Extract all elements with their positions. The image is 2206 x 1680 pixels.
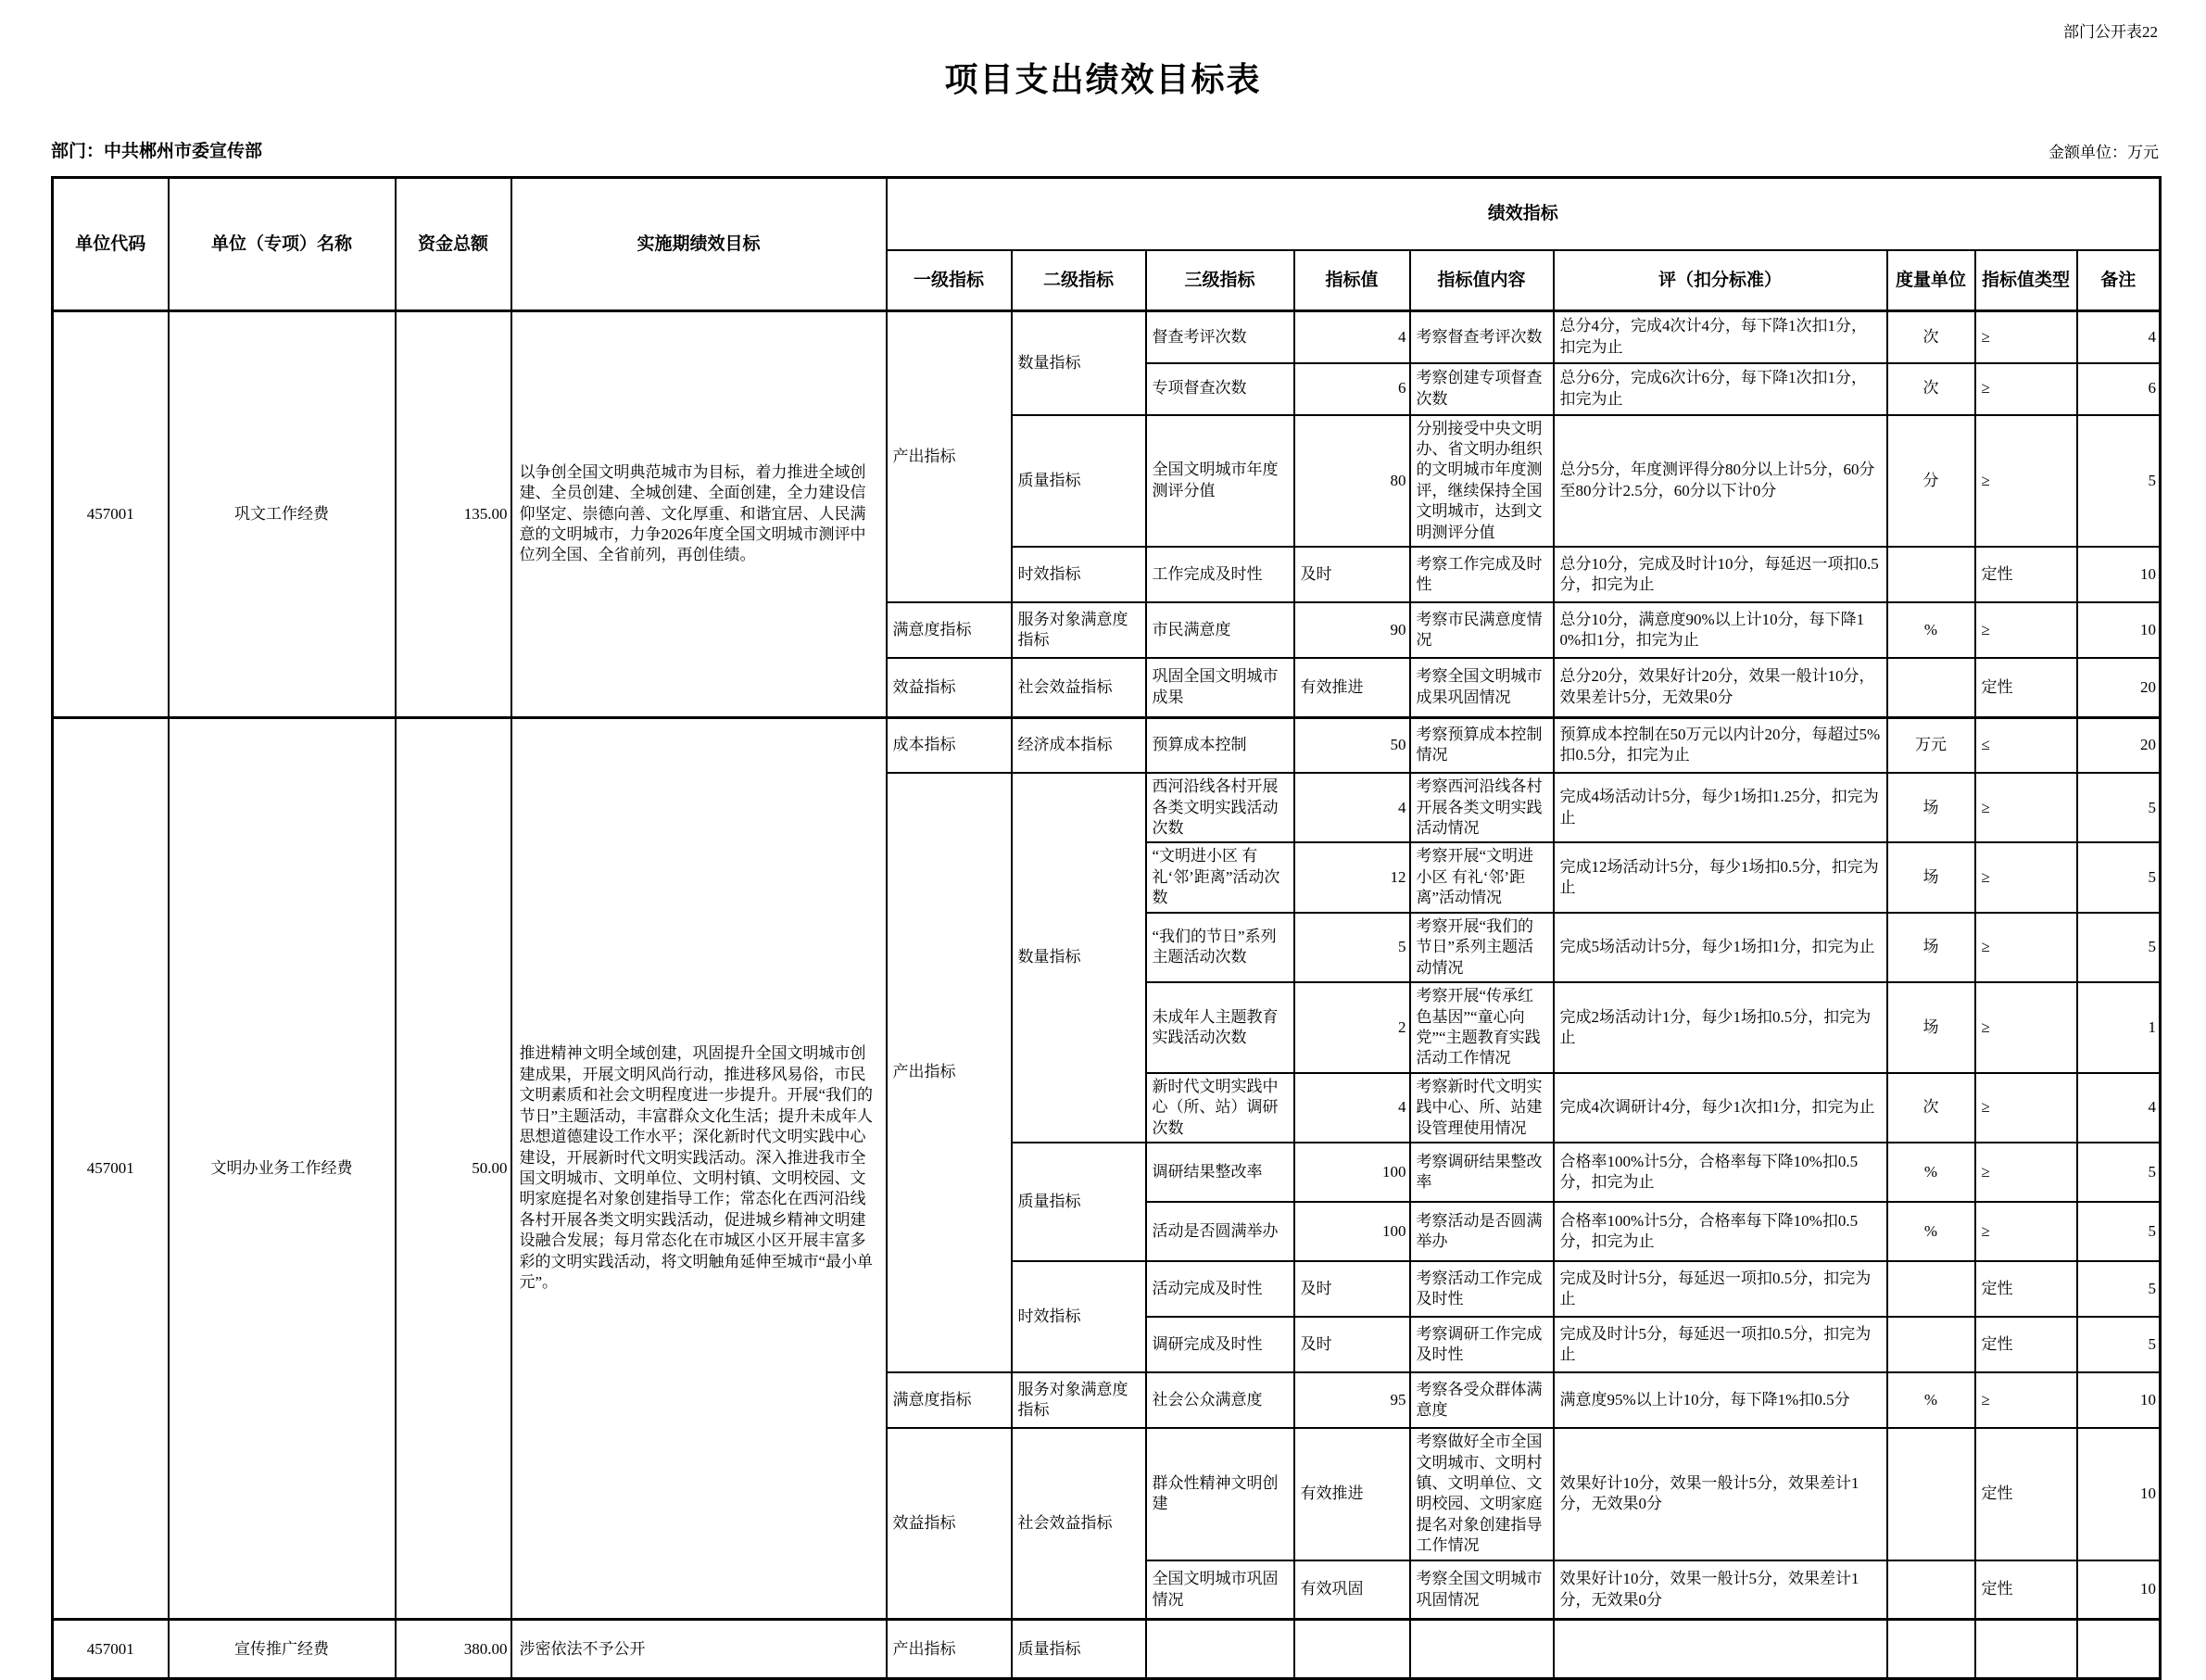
value-cell: 4 <box>1294 773 1410 842</box>
value-cell: 有效推进 <box>1294 658 1410 717</box>
project-name-cell: 文明办业务工作经费 <box>169 717 396 1620</box>
content-cell: 考察创建专项督查次数 <box>1410 363 1554 415</box>
l2-cell: 时效指标 <box>1012 547 1146 602</box>
amount-cell: 135.00 <box>396 311 511 718</box>
meta-row: 部门：中共郴州市委宣传部 金额单位：万元 <box>51 137 2159 161</box>
remark-cell <box>2077 1620 2161 1679</box>
unit-code-cell: 457001 <box>53 1620 169 1679</box>
l2-cell: 服务对象满意度指标 <box>1012 602 1146 658</box>
value-cell: 及时 <box>1294 1317 1410 1372</box>
type-cell: ≥ <box>1975 1073 2077 1143</box>
l2-cell: 质量指标 <box>1012 1620 1146 1679</box>
content-cell <box>1410 1620 1554 1679</box>
score-cell: 总分10分，满意度90%以上计10分，每下降10%扣1分，扣完为止 <box>1554 602 1887 658</box>
remark-cell: 20 <box>2077 717 2161 773</box>
remark-cell: 5 <box>2077 842 2161 912</box>
content-cell: 考察开展“我们的节日”系列主题活动情况 <box>1410 913 1554 982</box>
content-cell: 考察开展“传承红色基因”“童心向党”“主题教育实践活动工作情况 <box>1410 982 1554 1073</box>
remark-cell: 4 <box>2077 311 2161 363</box>
type-cell: 定性 <box>1975 658 2077 717</box>
unit-cell <box>1887 1317 1975 1372</box>
remark-cell: 5 <box>2077 1202 2161 1261</box>
unit-cell: 次 <box>1887 1073 1975 1143</box>
remark-cell: 6 <box>2077 363 2161 415</box>
content-cell: 考察活动是否圆满举办 <box>1410 1202 1554 1261</box>
document-page: 部门公开表22 项目支出绩效目标表 部门：中共郴州市委宣传部 金额单位：万元 单… <box>0 0 2206 1560</box>
remark-cell: 5 <box>2077 1261 2161 1317</box>
type-cell: ≥ <box>1975 773 2077 842</box>
remark-cell: 10 <box>2077 1560 2161 1620</box>
l2-cell: 社会效益指标 <box>1012 658 1146 717</box>
unit-code-cell: 457001 <box>53 311 169 718</box>
value-cell: 6 <box>1294 363 1410 415</box>
unit-cell: 场 <box>1887 982 1975 1073</box>
value-cell: 95 <box>1294 1372 1410 1428</box>
score-cell: 完成及时计5分，每延迟一项扣0.5分，扣完为止 <box>1554 1261 1887 1317</box>
amount-cell: 380.00 <box>396 1620 511 1679</box>
unit-cell <box>1887 1261 1975 1317</box>
l3-cell: 西河沿线各村开展各类文明实践活动次数 <box>1146 773 1294 842</box>
l2-cell: 经济成本指标 <box>1012 717 1146 773</box>
header-value-type: 指标值类型 <box>1975 250 2077 311</box>
content-cell: 考察调研工作完成及时性 <box>1410 1317 1554 1372</box>
content-cell: 考察全国文明城市成果巩固情况 <box>1410 658 1554 717</box>
value-cell: 90 <box>1294 602 1410 658</box>
unit-cell: 分 <box>1887 415 1975 548</box>
content-cell: 考察活动工作完成及时性 <box>1410 1261 1554 1317</box>
type-cell: ≥ <box>1975 311 2077 363</box>
content-cell: 考察各受众群体满意度 <box>1410 1372 1554 1428</box>
score-cell: 总分6分，完成6次计6分，每下降1次扣1分，扣完为止 <box>1554 363 1887 415</box>
type-cell: ≥ <box>1975 602 2077 658</box>
project-name-cell: 巩文工作经费 <box>169 311 396 718</box>
l1-cell: 效益指标 <box>887 658 1012 717</box>
amount-cell: 50.00 <box>396 717 511 1620</box>
score-cell: 总分4分，完成4次计4分，每下降1次扣1分，扣完为止 <box>1554 311 1887 363</box>
l1-cell: 成本指标 <box>887 717 1012 773</box>
content-cell: 考察做好全市全国文明城市、文明村镇、文明单位、文明校园、文明家庭提名对象创建指导… <box>1410 1428 1554 1560</box>
type-cell: 定性 <box>1975 1560 2077 1620</box>
header-total-fund: 资金总额 <box>396 178 511 311</box>
corner-note: 部门公开表22 <box>2063 19 2158 42</box>
header-scoring: 评（扣分标准） <box>1554 250 1887 311</box>
content-cell: 考察全国文明城市巩固情况 <box>1410 1560 1554 1620</box>
unit-cell <box>1887 1428 1975 1560</box>
unit-cell <box>1887 547 1975 602</box>
unit-cell: 场 <box>1887 773 1975 842</box>
l3-cell: 活动是否圆满举办 <box>1146 1202 1294 1261</box>
l3-cell: 新时代文明实践中心（所、站）调研次数 <box>1146 1073 1294 1143</box>
type-cell: ≥ <box>1975 982 2077 1073</box>
value-cell: 80 <box>1294 415 1410 548</box>
unit-cell <box>1887 1620 1975 1679</box>
type-cell: 定性 <box>1975 547 2077 602</box>
value-cell: 有效推进 <box>1294 1428 1410 1560</box>
l3-cell: 社会公众满意度 <box>1146 1372 1294 1428</box>
value-cell: 4 <box>1294 311 1410 363</box>
score-cell: 完成及时计5分，每延迟一项扣0.5分，扣完为止 <box>1554 1317 1887 1372</box>
content-cell: 考察预算成本控制情况 <box>1410 717 1554 773</box>
remark-cell: 1 <box>2077 982 2161 1073</box>
header-value: 指标值 <box>1294 250 1410 311</box>
type-cell: ≥ <box>1975 415 2077 548</box>
unit-cell: % <box>1887 1202 1975 1261</box>
goal-cell: 推进精神文明全域创建，巩固提升全国文明城市创建成果，开展文明风尚行动，推进移风易… <box>511 717 887 1620</box>
value-cell: 4 <box>1294 1073 1410 1143</box>
header-period-goal: 实施期绩效目标 <box>511 178 887 311</box>
l2-cell: 服务对象满意度指标 <box>1012 1372 1146 1428</box>
l2-cell: 数量指标 <box>1012 773 1146 1143</box>
type-cell <box>1975 1620 2077 1679</box>
score-cell: 总分10分，完成及时计10分，每延迟一项扣0.5分，扣完为止 <box>1554 547 1887 602</box>
score-cell: 完成2场活动计1分，每少1场扣0.5分，扣完为止 <box>1554 982 1887 1073</box>
score-cell: 效果好计10分，效果一般计5分，效果差计1分，无效果0分 <box>1554 1428 1887 1560</box>
header-level1: 一级指标 <box>887 250 1012 311</box>
content-cell: 考察开展“文明进小区 有礼‘邻’距离”活动情况 <box>1410 842 1554 912</box>
value-cell: 5 <box>1294 913 1410 982</box>
type-cell: ≥ <box>1975 913 2077 982</box>
unit-cell: 场 <box>1887 842 1975 912</box>
remark-cell: 10 <box>2077 1428 2161 1560</box>
content-cell: 考察西河沿线各村开展各类文明实践活动情况 <box>1410 773 1554 842</box>
l3-cell: 调研结果整改率 <box>1146 1143 1294 1202</box>
l2-cell: 数量指标 <box>1012 311 1146 415</box>
remark-cell: 5 <box>2077 913 2161 982</box>
unit-cell <box>1887 658 1975 717</box>
header-level3: 三级指标 <box>1146 250 1294 311</box>
unit-cell: 次 <box>1887 311 1975 363</box>
l3-cell: 未成年人主题教育实践活动次数 <box>1146 982 1294 1073</box>
content-cell: 分别接受中央文明办、省文明办组织的文明城市年度测评，继续保持全国文明城市，达到文… <box>1410 415 1554 548</box>
remark-cell: 5 <box>2077 415 2161 548</box>
remark-cell: 10 <box>2077 1372 2161 1428</box>
type-cell: ≥ <box>1975 842 2077 912</box>
unit-cell: 场 <box>1887 913 1975 982</box>
score-cell: 总分5分，年度测评得分80分以上计5分，60分至80分计2.5分，60分以下计0… <box>1554 415 1887 548</box>
type-cell: 定性 <box>1975 1428 2077 1560</box>
header-perf-group: 绩效指标 <box>887 178 2161 250</box>
header-remark: 备注 <box>2077 250 2161 311</box>
performance-target-table: 单位代码 单位（专项）名称 资金总额 实施期绩效目标 绩效指标 一级指标 二级指… <box>51 176 2162 1680</box>
unit-cell: 次 <box>1887 363 1975 415</box>
l1-cell: 产出指标 <box>887 1620 1012 1679</box>
content-cell: 考察市民满意度情况 <box>1410 602 1554 658</box>
l2-cell: 质量指标 <box>1012 1143 1146 1261</box>
l1-cell: 满意度指标 <box>887 602 1012 658</box>
l3-cell: 群众性精神文明创建 <box>1146 1428 1294 1560</box>
page-title: 项目支出绩效目标表 <box>0 54 2206 101</box>
score-cell: 完成4场活动计5分，每少1场扣1.25分，扣完为止 <box>1554 773 1887 842</box>
l3-cell: 调研完成及时性 <box>1146 1317 1294 1372</box>
content-cell: 考察工作完成及时性 <box>1410 547 1554 602</box>
type-cell: 定性 <box>1975 1317 2077 1372</box>
l3-cell: 全国文明城市巩固情况 <box>1146 1560 1294 1620</box>
score-cell: 完成5场活动计5分，每少1场扣1分，扣完为止 <box>1554 913 1887 982</box>
value-cell: 50 <box>1294 717 1410 773</box>
header-value-content: 指标值内容 <box>1410 250 1554 311</box>
value-cell: 100 <box>1294 1202 1410 1261</box>
l1-cell: 产出指标 <box>887 773 1012 1372</box>
score-cell: 合格率100%计5分，合格率每下降10%扣0.5分，扣完为止 <box>1554 1143 1887 1202</box>
content-cell: 考察督查考评次数 <box>1410 311 1554 363</box>
unit-cell: % <box>1887 1372 1975 1428</box>
l1-cell: 产出指标 <box>887 311 1012 603</box>
amount-unit-note: 金额单位：万元 <box>2048 139 2159 162</box>
content-cell: 考察调研结果整改率 <box>1410 1143 1554 1202</box>
type-cell: ≥ <box>1975 1372 2077 1428</box>
type-cell: ≥ <box>1975 1143 2077 1202</box>
type-cell: ≥ <box>1975 1202 2077 1261</box>
value-cell: 有效巩固 <box>1294 1560 1410 1620</box>
score-cell: 合格率100%计5分，合格率每下降10%扣0.5分，扣完为止 <box>1554 1202 1887 1261</box>
l3-cell: 活动完成及时性 <box>1146 1261 1294 1317</box>
remark-cell: 10 <box>2077 547 2161 602</box>
l2-cell: 社会效益指标 <box>1012 1428 1146 1620</box>
project-name-cell: 宣传推广经费 <box>169 1620 396 1679</box>
l3-cell: 预算成本控制 <box>1146 717 1294 773</box>
remark-cell: 5 <box>2077 1143 2161 1202</box>
department-label: 部门：中共郴州市委宣传部 <box>51 137 262 162</box>
l3-cell: “我们的节日”系列主题活动次数 <box>1146 913 1294 982</box>
l1-cell: 满意度指标 <box>887 1372 1012 1428</box>
header-level2: 二级指标 <box>1012 250 1146 311</box>
type-cell: 定性 <box>1975 1261 2077 1317</box>
l1-cell: 效益指标 <box>887 1428 1012 1620</box>
type-cell: ≥ <box>1975 363 2077 415</box>
value-cell: 12 <box>1294 842 1410 912</box>
header-unit-code: 单位代码 <box>53 178 169 311</box>
l3-cell <box>1146 1620 1294 1679</box>
header-unit-name: 单位（专项）名称 <box>169 178 396 311</box>
score-cell: 预算成本控制在50万元以内计20分，每超过5%扣0.5分，扣完为止 <box>1554 717 1887 773</box>
type-cell: ≤ <box>1975 717 2077 773</box>
goal-cell: 以争创全国文明典范城市为目标，着力推进全域创建、全员创建、全城创建、全面创建，全… <box>511 311 887 718</box>
value-cell <box>1294 1620 1410 1679</box>
unit-cell: % <box>1887 602 1975 658</box>
remark-cell: 5 <box>2077 1317 2161 1372</box>
score-cell: 完成12场活动计5分，每少1场扣0.5分，扣完为止 <box>1554 842 1887 912</box>
l3-cell: “文明进小区 有礼‘邻’距离”活动次数 <box>1146 842 1294 912</box>
l3-cell: 全国文明城市年度测评分值 <box>1146 415 1294 548</box>
content-cell: 考察新时代文明实践中心、所、站建设管理使用情况 <box>1410 1073 1554 1143</box>
score-cell: 效果好计10分，效果一般计5分，效果差计1分，无效果0分 <box>1554 1560 1887 1620</box>
remark-cell: 5 <box>2077 773 2161 842</box>
l3-cell: 督查考评次数 <box>1146 311 1294 363</box>
score-cell: 完成4次调研计4分，每少1次扣1分，扣完为止 <box>1554 1073 1887 1143</box>
unit-cell: 万元 <box>1887 717 1975 773</box>
remark-cell: 10 <box>2077 602 2161 658</box>
l3-cell: 巩固全国文明城市成果 <box>1146 658 1294 717</box>
unit-cell: % <box>1887 1143 1975 1202</box>
remark-cell: 20 <box>2077 658 2161 717</box>
value-cell: 2 <box>1294 982 1410 1073</box>
header-measure-unit: 度量单位 <box>1887 250 1975 311</box>
unit-code-cell: 457001 <box>53 717 169 1620</box>
score-cell <box>1554 1620 1887 1679</box>
remark-cell: 4 <box>2077 1073 2161 1143</box>
score-cell: 总分20分，效果好计20分，效果一般计10分，效果差计5分，无效果0分 <box>1554 658 1887 717</box>
l2-cell: 时效指标 <box>1012 1261 1146 1372</box>
goal-cell: 涉密依法不予公开 <box>511 1620 887 1679</box>
l3-cell: 专项督查次数 <box>1146 363 1294 415</box>
score-cell: 满意度95%以上计10分，每下降1%扣0.5分 <box>1554 1372 1887 1428</box>
l3-cell: 工作完成及时性 <box>1146 547 1294 602</box>
l2-cell: 质量指标 <box>1012 415 1146 548</box>
l3-cell: 市民满意度 <box>1146 602 1294 658</box>
unit-cell <box>1887 1560 1975 1620</box>
value-cell: 100 <box>1294 1143 1410 1202</box>
value-cell: 及时 <box>1294 547 1410 602</box>
value-cell: 及时 <box>1294 1261 1410 1317</box>
